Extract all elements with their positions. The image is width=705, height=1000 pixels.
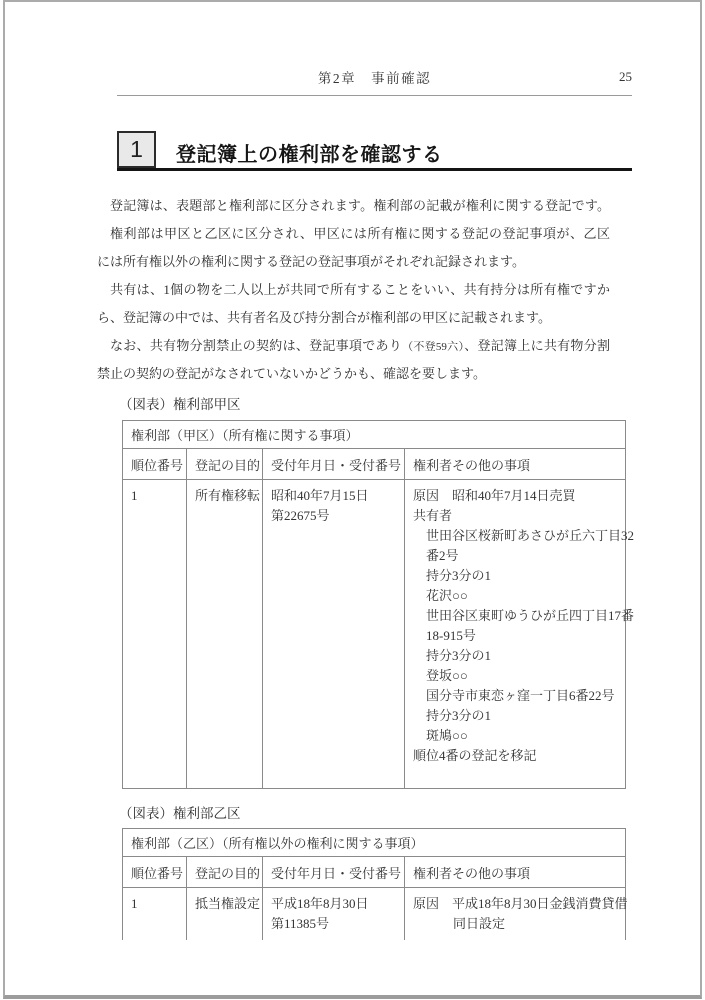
figure-caption-kouku: （図表）権利部甲区 [119,393,241,413]
detail-line: 番2号 [413,546,623,566]
cell-rank: 1 [123,480,187,789]
reception-date: 平成18年8月30日 [271,894,402,914]
section-number: 1 [130,136,143,162]
section-rule [117,168,632,171]
page-number: 25 [500,69,632,85]
column-header-holder: 権利者その他の事項 [405,857,626,888]
detail-line: 共有者 [413,506,623,526]
header-rule [117,95,632,96]
body-line: 禁止の契約の登記がなされていないかどうかも、確認を要します。 [97,360,610,388]
table-section-header: 権利部（乙区）（所有権以外の権利に関する事項） [123,829,626,857]
detail-line: 原因 平成18年8月30日金銭消費貸借 [413,894,623,914]
detail-line: 斑鳩○○ [413,726,623,746]
section-number-box: 1 [117,131,156,168]
cell-purpose: 抵当権設定 [187,888,263,941]
detail-line: 持分3分の1 [413,566,623,586]
column-header-rank: 順位番号 [123,449,187,480]
detail-line: 同日設定 [413,914,623,934]
detail-line: 世田谷区東町ゆうひが丘四丁目17番 [413,606,623,626]
body-line: 共有は、1個の物を二人以上が共同で所有することをいい、共有持分は所有権ですか [97,276,610,304]
column-header-reception: 受付年月日・受付番号 [263,449,405,480]
cell-reception: 昭和40年7月15日 第22675号 [263,480,405,789]
column-header-purpose: 登記の目的 [187,449,263,480]
body-line: ら、登記簿の中では、共有者名及び持分割合が権利部の甲区に記載されます。 [97,304,610,332]
book-page: 第2章 事前確認 25 1 登記簿上の権利部を確認する 登記簿は、表題部と権利部… [0,0,705,1000]
detail-line: 花沢○○ [413,586,623,606]
figure-caption-otsuku: （図表）権利部乙区 [119,802,241,822]
statute-reference: （不登59六） [402,341,464,353]
register-table-kouku: 権利部（甲区）（所有権に関する事項） 順位番号 登記の目的 受付年月日・受付番号… [122,420,626,789]
cell-reception: 平成18年8月30日 第11385号 [263,888,405,941]
body-line: 権利部は甲区と乙区に区分され、甲区には所有権に関する登記の登記事項が、乙区 [97,220,610,248]
body-line: 登記簿は、表題部と権利部に区分されます。権利部の記載が権利に関する登記です。 [97,192,610,220]
cell-holder-details: 原因 昭和40年7月14日売買 共有者 世田谷区桜新町あさひが丘六丁目32 番2… [405,480,626,789]
reception-number: 第22675号 [271,506,402,526]
detail-line: 18-915号 [413,626,623,646]
section-title: 登記簿上の権利部を確認する [176,138,443,167]
detail-line: 順位4番の登記を移記 [413,746,623,766]
cell-rank: 1 [123,888,187,941]
column-header-purpose: 登記の目的 [187,857,263,888]
body-line-text: 、登記簿上に共有物分割 [464,338,610,353]
table-row: 1 抵当権設定 平成18年8月30日 第11385号 原因 平成18年8月30日… [123,888,626,941]
column-header-reception: 受付年月日・受付番号 [263,857,405,888]
register-table-otsuku: 権利部（乙区）（所有権以外の権利に関する事項） 順位番号 登記の目的 受付年月日… [122,828,626,940]
detail-line: 原因 昭和40年7月14日売買 [413,486,623,506]
reception-date: 昭和40年7月15日 [271,486,402,506]
body-line-text: なお、共有物分割禁止の契約は、登記事項であり [110,338,402,353]
detail-line: 世田谷区桜新町あさひが丘六丁目32 [413,526,623,546]
detail-line: 持分3分の1 [413,706,623,726]
cell-holder-details: 原因 平成18年8月30日金銭消費貸借 同日設定 [405,888,626,941]
body-line: には所有権以外の権利に関する登記の登記事項がそれぞれ記録されます。 [97,248,610,276]
cell-purpose: 所有権移転 [187,480,263,789]
column-header-holder: 権利者その他の事項 [405,449,626,480]
table-row: 1 所有権移転 昭和40年7月15日 第22675号 原因 昭和40年7月14日… [123,480,626,789]
detail-line: 登坂○○ [413,666,623,686]
table-section-header: 権利部（甲区）（所有権に関する事項） [123,421,626,449]
body-line: なお、共有物分割禁止の契約は、登記事項であり（不登59六）、登記簿上に共有物分割 [97,332,610,360]
detail-line: 持分3分の1 [413,646,623,666]
body-text: 登記簿は、表題部と権利部に区分されます。権利部の記載が権利に関する登記です。 権… [97,192,610,388]
detail-line: 国分寺市東恋ヶ窪一丁目6番22号 [413,686,623,706]
column-header-rank: 順位番号 [123,857,187,888]
reception-number: 第11385号 [271,914,402,934]
